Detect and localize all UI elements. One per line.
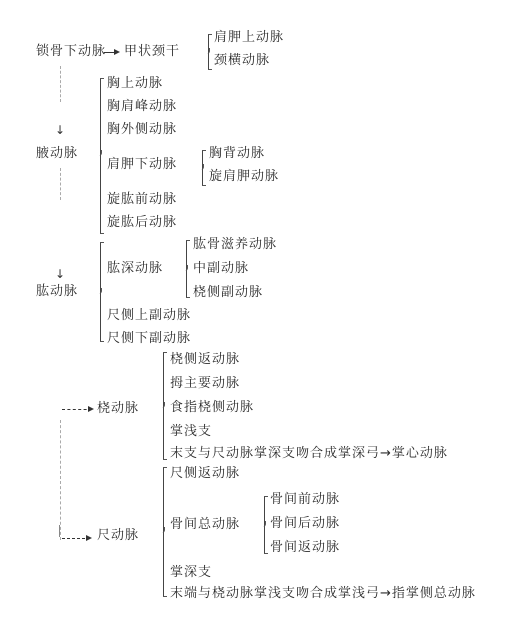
node-interosseous-recurrent-artery: 骨间返动脉 [270, 540, 340, 556]
node-deep-brachial-artery: 肱深动脉 [107, 261, 163, 277]
node-lateral-thoracic-artery: 胸外侧动脉 [107, 122, 177, 138]
node-radial-recurrent-artery: 桡侧返动脉 [170, 352, 240, 368]
node-ulnar-artery: 尺动脉 [97, 528, 139, 544]
brace-common-interosseous [264, 496, 265, 554]
brace-thyrocervical [208, 34, 209, 70]
brace-axillary [100, 78, 101, 234]
node-middle-collateral-artery: 中副动脉 [193, 261, 249, 277]
arrow-right-icon [62, 409, 92, 410]
node-thoracodorsal-artery: 胸背动脉 [209, 146, 265, 162]
node-radial-artery: 桡动脉 [97, 401, 139, 417]
node-superior-thoracic-artery: 胸上动脉 [107, 76, 163, 92]
node-subscapular-artery: 肩胛下动脉 [107, 157, 177, 173]
brace-ulnar [163, 467, 164, 597]
node-superficial-palmar-arch: 末端与桡动脉掌浅支吻合成掌浅弓→指掌侧总动脉 [170, 586, 476, 602]
node-common-interosseous-artery: 骨间总动脉 [170, 517, 240, 533]
node-anterior-interosseous-artery: 骨间前动脉 [270, 492, 340, 508]
node-radialis-indicis-artery: 食指桡侧动脉 [170, 400, 254, 416]
node-ulnar-recurrent-artery: 尺侧返动脉 [170, 466, 240, 482]
arrow-right-icon [62, 538, 90, 539]
node-thyrocervical-trunk: 甲状颈干 [124, 44, 180, 60]
node-superior-ulnar-collateral-artery: 尺侧上副动脉 [107, 308, 191, 324]
arrow-right-icon [104, 52, 118, 53]
brace-subscapular [202, 150, 203, 186]
brace-radial [163, 352, 164, 460]
node-axillary-artery: 腋动脉 [36, 146, 78, 162]
arrow-down-icon: ↓ [55, 268, 65, 280]
node-posterior-interosseous-artery: 骨间后动脉 [270, 516, 340, 532]
node-suprascapular-artery: 肩胛上动脉 [214, 30, 284, 46]
node-circumflex-scapular-artery: 旋肩胛动脉 [209, 169, 279, 185]
dotted-connector [59, 525, 60, 537]
node-superficial-palmar-branch: 掌浅支 [170, 424, 212, 440]
node-inferior-ulnar-collateral-artery: 尺侧下副动脉 [107, 331, 191, 347]
dotted-connector [60, 168, 61, 200]
node-radial-collateral-artery: 桡侧副动脉 [193, 285, 263, 301]
brace-brachial [100, 242, 101, 342]
node-princeps-pollicis-artery: 拇主要动脉 [170, 376, 240, 392]
node-anterior-circumflex-humeral-artery: 旋肱前动脉 [107, 192, 177, 208]
node-deep-palmar-arch: 末支与尺动脉掌深支吻合成掌深弓→掌心动脉 [170, 446, 448, 462]
arrow-down-icon: ↓ [55, 124, 65, 136]
node-brachial-artery: 肱动脉 [36, 284, 78, 300]
node-humeral-nutrient-artery: 肱骨滋养动脉 [193, 237, 277, 253]
node-transverse-cervical-artery: 颈横动脉 [214, 53, 270, 69]
dotted-connector [60, 66, 61, 102]
node-posterior-circumflex-humeral-artery: 旋肱后动脉 [107, 215, 177, 231]
node-thoracoacromial-artery: 胸肩峰动脉 [107, 99, 177, 115]
node-deep-palmar-branch: 掌深支 [170, 565, 212, 581]
brace-deep-brachial [186, 240, 187, 298]
dotted-connector [60, 420, 61, 540]
node-subclavian-artery: 锁骨下动脉 [36, 44, 106, 60]
